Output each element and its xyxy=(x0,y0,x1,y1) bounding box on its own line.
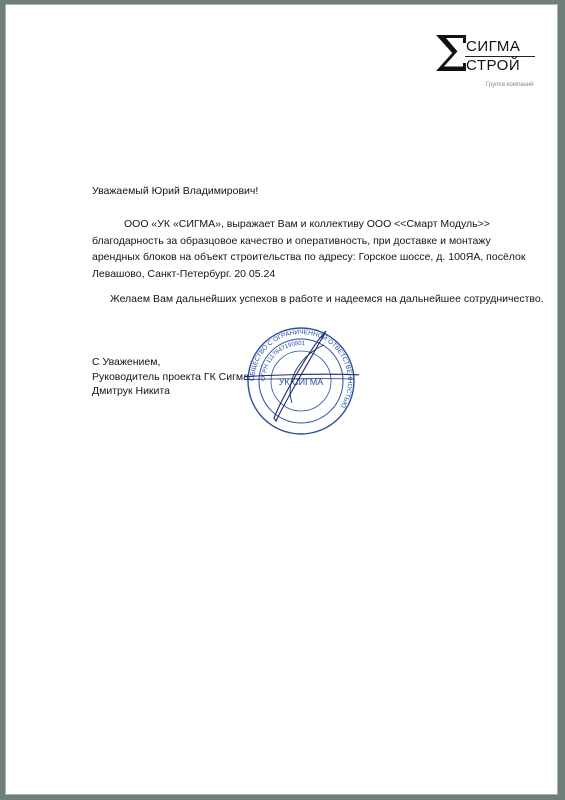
company-stamp-icon: ОБЩЕСТВО С ОГРАНИЧЕННОЙ ОТВЕТСТВЕННОСТЬЮ… xyxy=(244,323,359,438)
sigma-stroy-logo: Σ СИГМА СТРОЙ Группа компаний xyxy=(434,33,544,93)
body-line: арендных блоков на объект строительства … xyxy=(92,249,525,266)
logo-tagline: Группа компаний xyxy=(486,82,533,88)
body-line: ООО «УК «СИГМА», выражает Вам и коллекти… xyxy=(92,216,525,233)
signer-name: Дмитрук Никита xyxy=(92,384,249,399)
logo-word-stroy: СТРОЙ xyxy=(466,57,520,74)
letter-wishes: Желаем Вам дальнейших успехов в работе и… xyxy=(110,291,544,307)
letter-body-paragraph: ООО «УК «СИГМА», выражает Вам и коллекти… xyxy=(92,216,525,282)
body-line: Левашово, Санкт-Петербург. 20 05.24 xyxy=(92,266,525,283)
letter-greeting: Уважаемый Юрий Владимирович! xyxy=(92,183,258,199)
body-line: благодарность за образцовое качество и о… xyxy=(92,233,525,250)
letter-page: Σ СИГМА СТРОЙ Группа компаний Уважаемый … xyxy=(5,4,558,795)
letter-closing: С Уважением, Руководитель проекта ГК Сиг… xyxy=(92,355,249,399)
logo-word-sigma: СИГМА xyxy=(466,38,520,55)
signer-title: Руководитель проекта ГК Сигма xyxy=(92,370,249,385)
sigma-icon: Σ xyxy=(434,29,469,79)
closing-line: С Уважением, xyxy=(92,355,249,370)
